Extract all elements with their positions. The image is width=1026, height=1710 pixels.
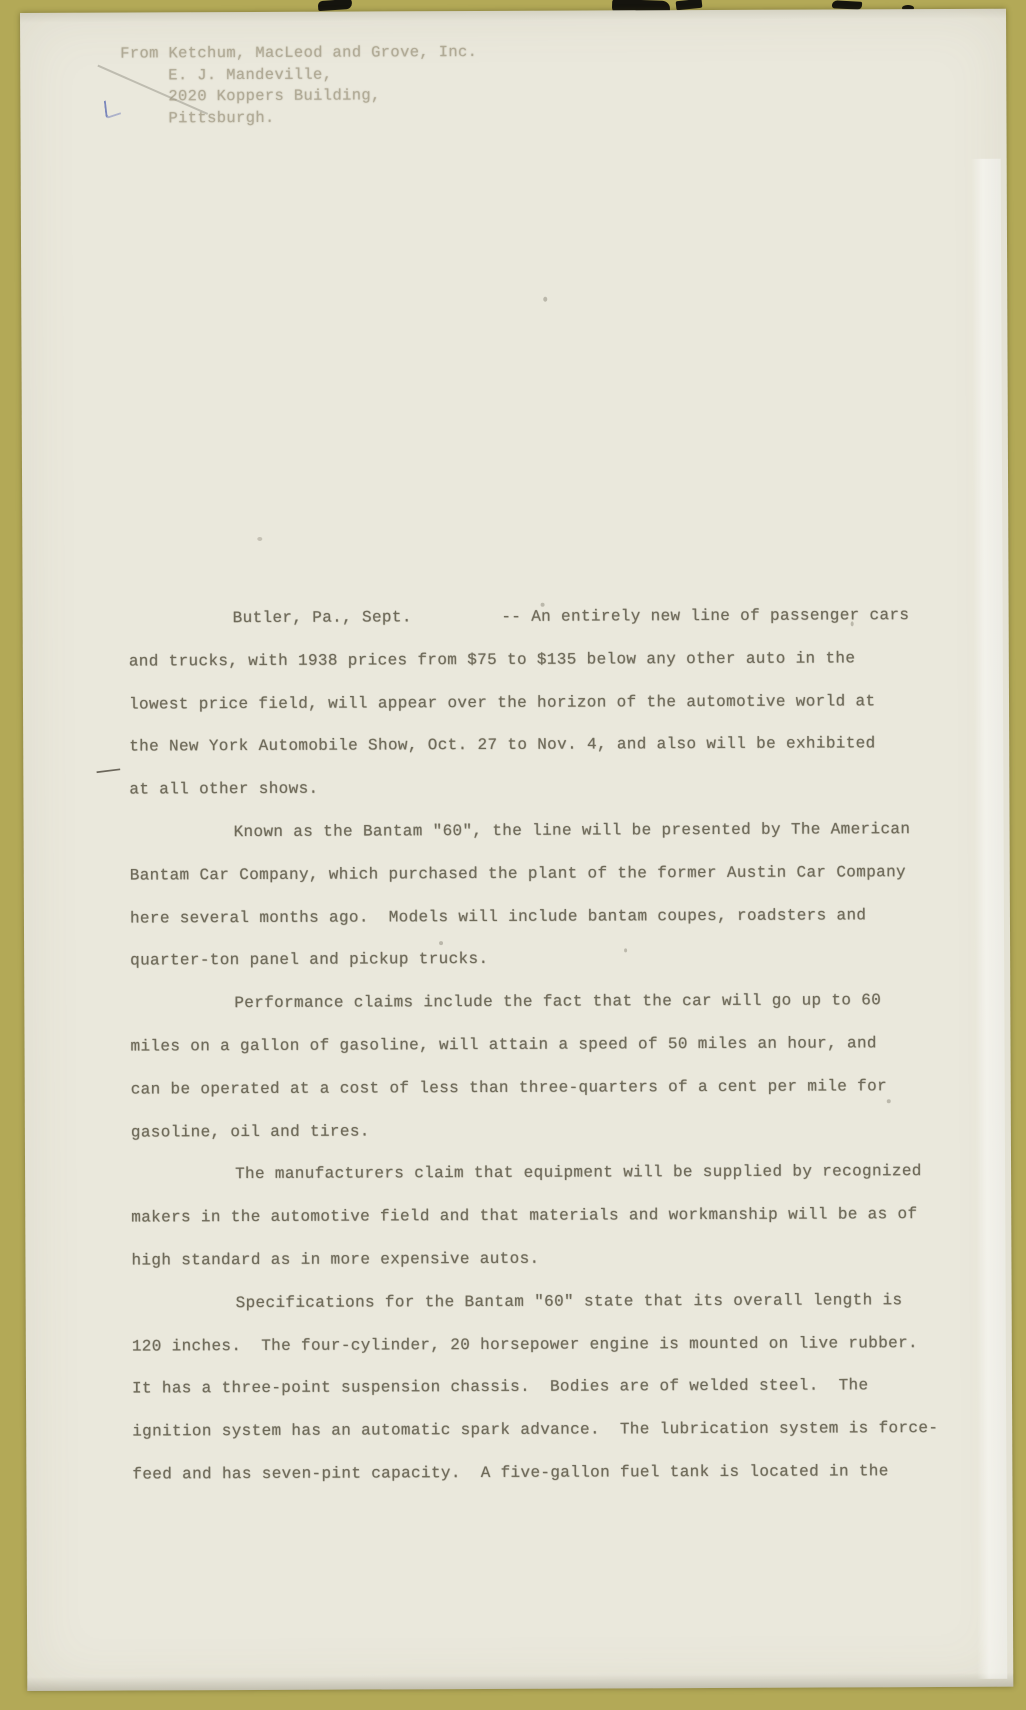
typed-line: 120 inches. The four-cylinder, 20 horsep…: [132, 1334, 918, 1355]
letterhead-line: 2020 Koppers Building,: [168, 86, 380, 105]
typed-line: at all other shows.: [129, 780, 318, 799]
typed-line: high standard as in more expensive autos…: [131, 1250, 539, 1270]
typed-line: It has a three-point suspension chassis.…: [132, 1377, 868, 1398]
typed-line: and trucks, with 1938 prices from $75 to…: [129, 649, 856, 670]
scan-artifact: [676, 0, 703, 10]
paper-smudge: [257, 537, 262, 541]
paper-smudge: [851, 621, 854, 626]
paper-smudge: [543, 297, 547, 302]
letterhead-line: E. J. Mandeville,: [168, 65, 332, 84]
typed-line: the New York Automobile Show, Oct. 27 to…: [129, 735, 875, 756]
typed-line: feed and has seven-pint capacity. A five…: [132, 1462, 888, 1483]
typed-line: here several months ago. Models will inc…: [130, 906, 866, 927]
typewritten-page: From Ketchum, MacLeod and Grove, Inc.E. …: [20, 9, 1013, 1691]
typed-line: lowest price field, will appear over the…: [129, 692, 875, 713]
paper-smudge: [887, 1099, 891, 1103]
typed-line: Butler, Pa., Sept. -- An entirely new li…: [233, 606, 910, 627]
typed-line: The manufacturers claim that equipment w…: [235, 1162, 922, 1183]
blue-crayon-mark: [104, 96, 121, 119]
scan-artifact: [318, 0, 353, 11]
typed-line: makers in the automotive field and that …: [131, 1205, 917, 1226]
typed-line: miles on a gallon of gasoline, will atta…: [130, 1034, 876, 1055]
typed-line: Bantam Car Company, which purchased the …: [130, 863, 906, 884]
typed-line: can be operated at a cost of less than t…: [131, 1077, 887, 1098]
margin-dash-annotation: —: [94, 753, 124, 786]
paper-smudge: [541, 603, 545, 607]
typed-line: Specifications for the Bantam "60" state…: [236, 1291, 903, 1312]
letterhead-block: From Ketchum, MacLeod and Grove, Inc.E. …: [20, 9, 1006, 13]
typed-line: ignition system has an automatic spark a…: [132, 1419, 938, 1441]
letterhead-line: Pittsburgh.: [168, 108, 274, 126]
typed-line: gasoline, oil and tires.: [131, 1122, 370, 1141]
underlying-sheet-edge: [971, 159, 1008, 1679]
typed-line: quarter-ton panel and pickup trucks.: [130, 950, 488, 970]
paper-smudge: [439, 941, 443, 945]
typed-line: Performance claims include the fact that…: [234, 991, 881, 1012]
letterhead-line: From Ketchum, MacLeod and Grove, Inc.: [120, 43, 477, 63]
scanned-press-release: From Ketchum, MacLeod and Grove, Inc.E. …: [0, 0, 1026, 1710]
body-lines: Butler, Pa., Sept. -- An entirely new li…: [20, 9, 1006, 13]
paper-smudge: [624, 948, 627, 952]
typed-line: Known as the Bantam "60", the line will …: [234, 820, 911, 841]
